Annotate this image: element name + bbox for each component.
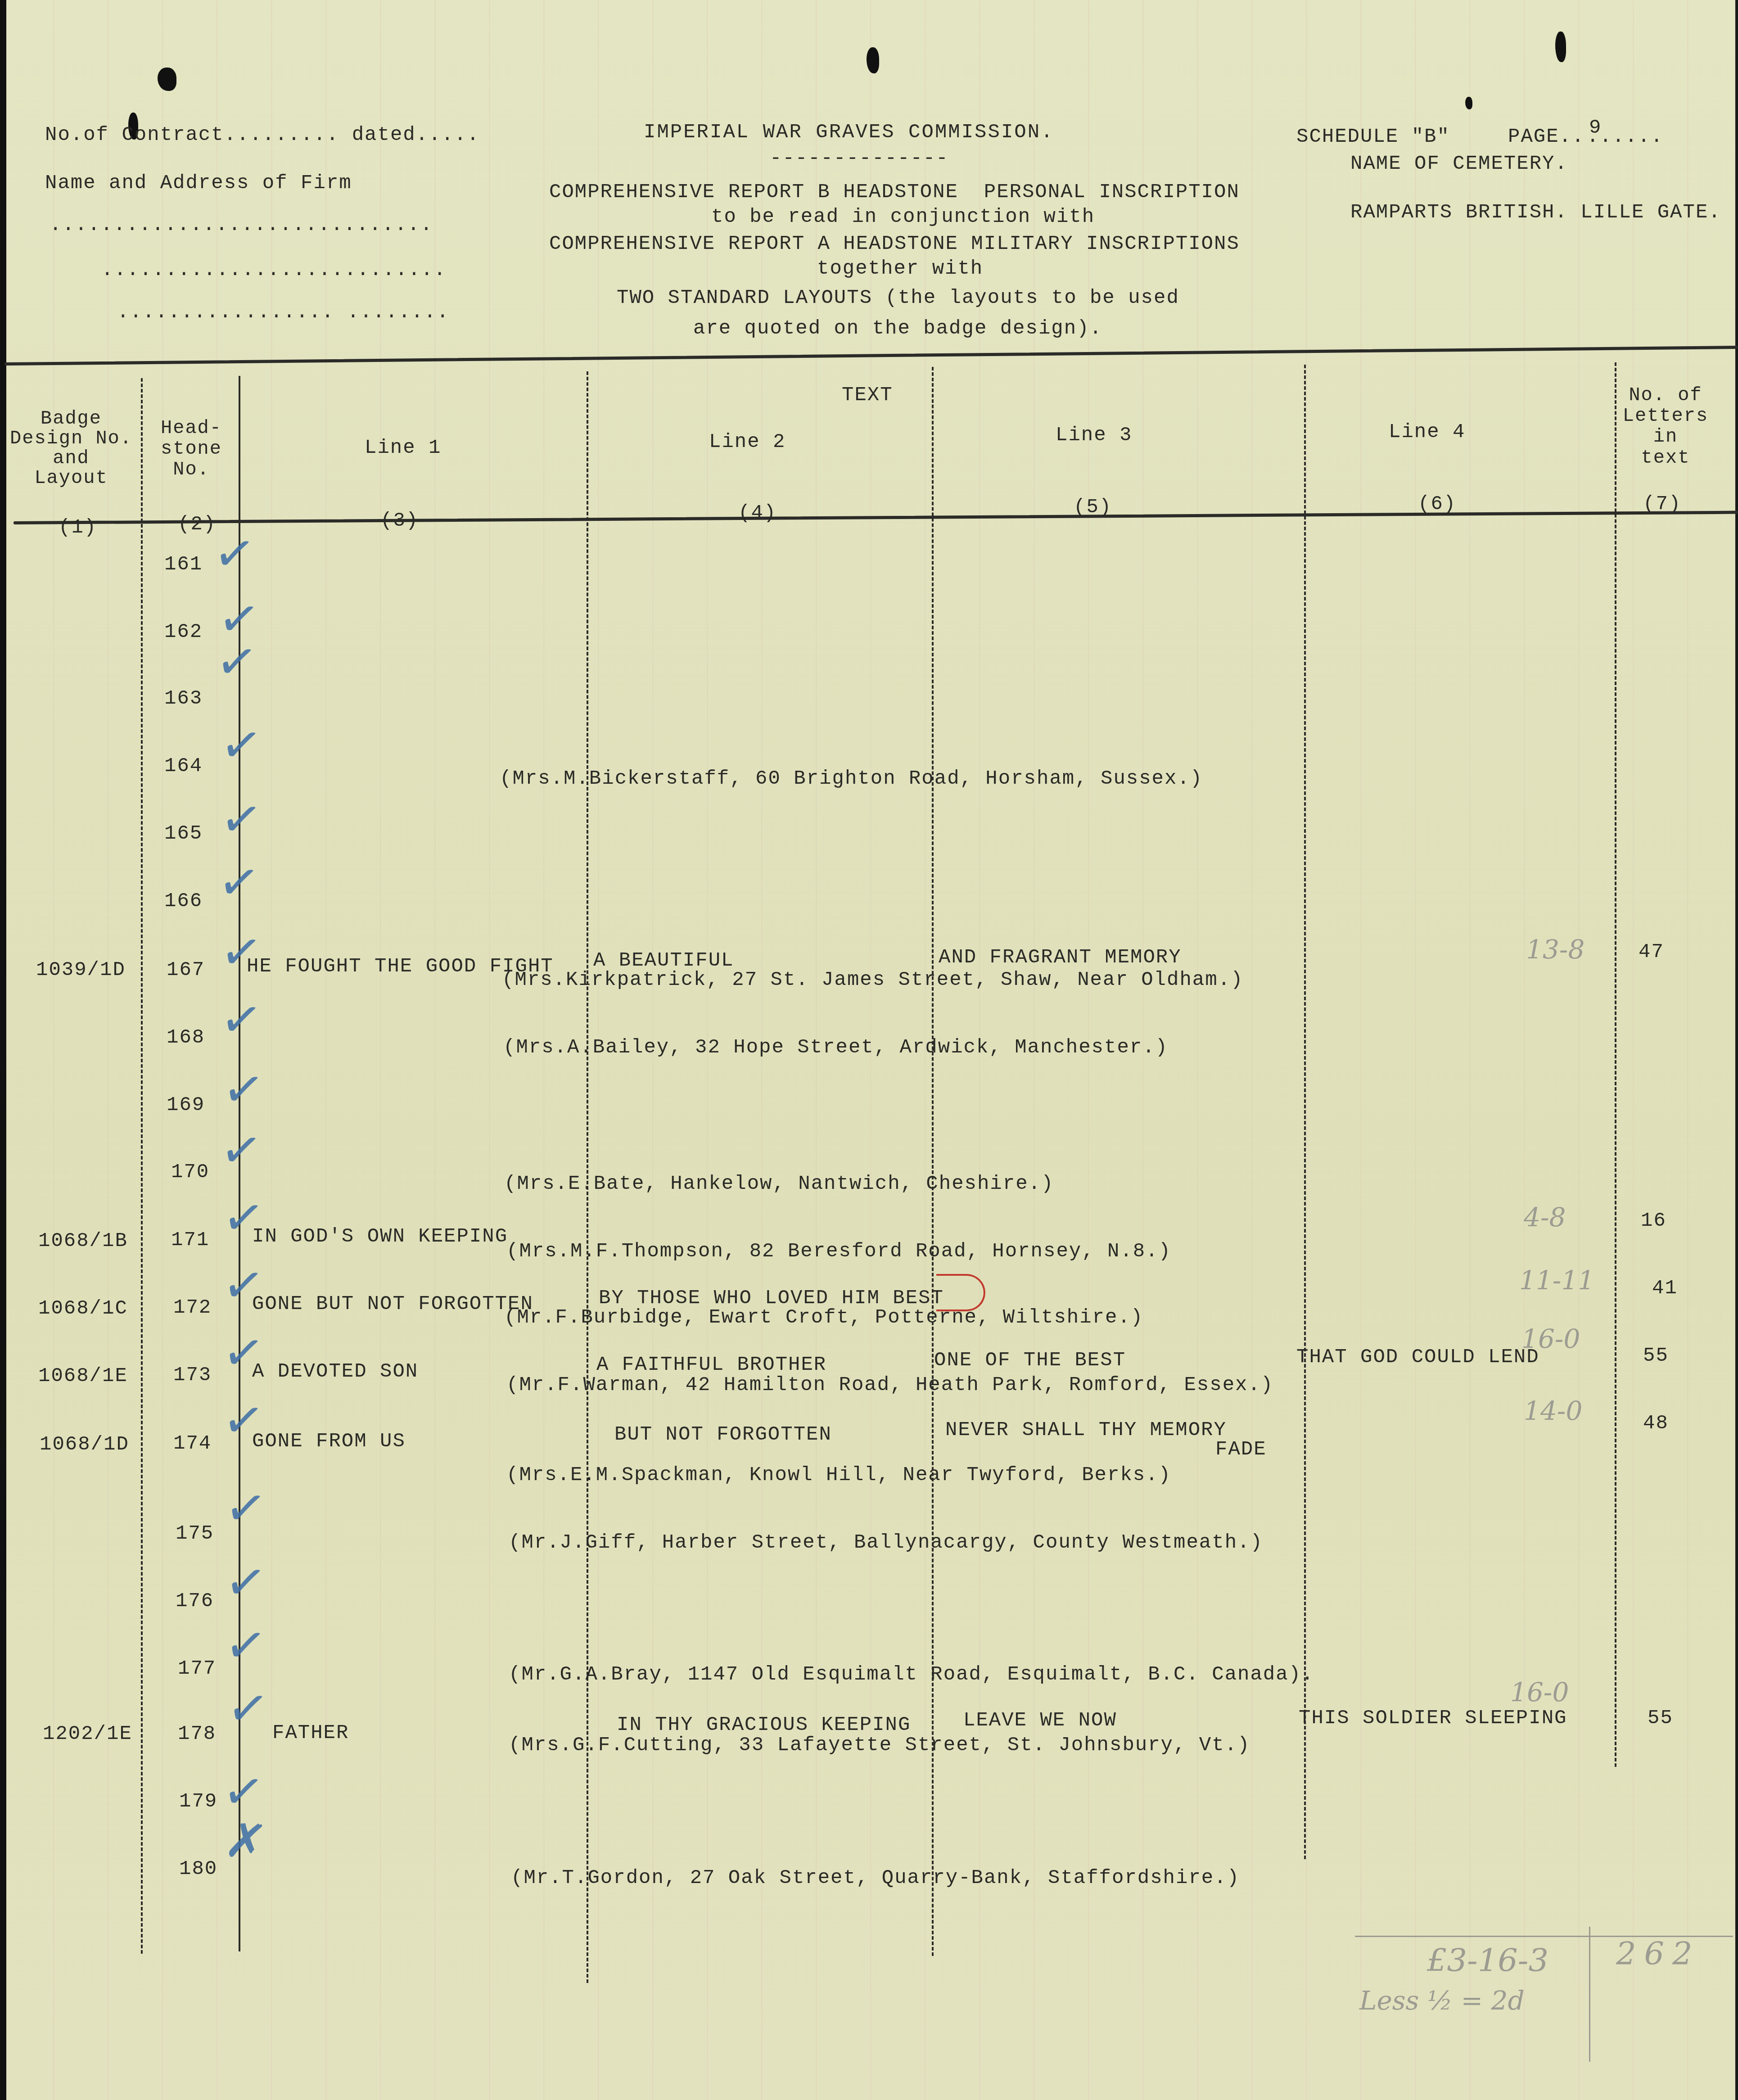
letter-count: 55 bbox=[1643, 1346, 1669, 1366]
next-of-kin-address: (Mr.F.Warman, 42 Hamilton Road, Heath Pa… bbox=[506, 1375, 1273, 1395]
report-b-title: COMPREHENSIVE REPORT B HEADSTONE PERSONA… bbox=[549, 182, 1240, 202]
headstone-number: 164 bbox=[164, 756, 203, 776]
total-letters: 262 bbox=[1616, 1938, 1701, 1969]
check-mark-icon: ✓ bbox=[224, 1681, 272, 1736]
next-of-kin-address: (Mrs.G.F.Cutting, 33 Lafayette Street, S… bbox=[509, 1735, 1250, 1755]
inscription-line-1: A DEVOTED SON bbox=[252, 1362, 418, 1382]
next-of-kin-address: (Mrs.M.Bickerstaff, 60 Brighton Road, Ho… bbox=[500, 769, 1203, 789]
punch-hole-mark bbox=[867, 47, 879, 73]
next-of-kin-address: (Mrs.Kirkpatrick, 27 St. James Street, S… bbox=[502, 970, 1243, 990]
pencil-cost-note: 4-8 bbox=[1524, 1204, 1566, 1230]
inscription-line-3: ONE OF THE BEST bbox=[934, 1350, 1126, 1370]
badge-design-number: 1202/1E bbox=[43, 1724, 132, 1744]
column-header-line4: Line 4 bbox=[1389, 422, 1465, 442]
inscription-line-2: BUT NOT FORGOTTEN bbox=[614, 1425, 832, 1445]
inscription-line-4: THIS SOLDIER SLEEPING bbox=[1299, 1708, 1567, 1728]
text-group-header: TEXT bbox=[842, 385, 893, 405]
total-divider bbox=[1589, 1927, 1590, 2062]
headstone-number: 165 bbox=[164, 824, 203, 844]
headstone-number: 168 bbox=[167, 1028, 205, 1048]
column-header-line1: Line 1 bbox=[365, 438, 441, 458]
badge-design-number: 1068/1C bbox=[38, 1299, 128, 1319]
column-header-badge: Badge Design No. and Layout bbox=[4, 409, 139, 488]
headstone-number: 162 bbox=[164, 622, 203, 642]
headstone-number: 179 bbox=[179, 1792, 217, 1811]
check-mark-icon: ✓ bbox=[222, 1481, 270, 1535]
column-header-letters: No. of Letters in text bbox=[1616, 385, 1715, 468]
headstone-number: 166 bbox=[164, 891, 203, 911]
inscription-line-1: GONE FROM US bbox=[252, 1432, 406, 1451]
inscription-line-2: A BEAUTIFUL bbox=[593, 951, 734, 971]
cemetery-label: NAME OF CEMETERY. bbox=[1350, 154, 1568, 174]
check-mark-icon: ✓ bbox=[220, 1062, 268, 1117]
next-of-kin-address: (Mr.T.Gordon, 27 Oak Street, Quarry-Bank… bbox=[511, 1868, 1240, 1888]
schedule-label: SCHEDULE "B" bbox=[1296, 127, 1450, 147]
red-pencil-mark bbox=[936, 1274, 985, 1311]
letter-count: 55 bbox=[1648, 1708, 1673, 1728]
inscription-line-2: A FAITHFUL BROTHER bbox=[596, 1355, 826, 1375]
scan-right-edge bbox=[1735, 0, 1738, 2100]
check-mark-icon: ✓ bbox=[220, 1764, 268, 1819]
column-number-2: (2) bbox=[178, 515, 216, 534]
inscription-line-3: AND FRAGRANT MEMORY bbox=[939, 948, 1182, 967]
punch-hole-mark bbox=[1555, 32, 1566, 62]
next-of-kin-address: (Mrs.E.M.Spackman, Knowl Hill, Near Twyf… bbox=[506, 1465, 1171, 1485]
headstone-number: 169 bbox=[167, 1095, 205, 1115]
firm-dots-2: ........................... bbox=[101, 260, 447, 280]
punch-hole-mark bbox=[158, 68, 176, 91]
headstone-number: 167 bbox=[167, 960, 205, 980]
letter-count: 47 bbox=[1639, 942, 1664, 962]
badge-design-number: 1039/1D bbox=[36, 960, 126, 980]
headstone-number: 161 bbox=[164, 555, 203, 574]
check-mark-icon: ✓ bbox=[222, 1618, 270, 1673]
badge-design-number: 1068/1B bbox=[38, 1231, 128, 1251]
badge-design-number: 1068/1E bbox=[38, 1366, 128, 1386]
check-mark-icon: ✓ bbox=[215, 855, 263, 910]
headstone-number: 177 bbox=[178, 1659, 216, 1679]
headstone-number: 176 bbox=[176, 1591, 214, 1611]
check-mark-icon: ✓ bbox=[222, 1555, 270, 1610]
pencil-cost-note: 13-8 bbox=[1526, 936, 1585, 962]
next-of-kin-address: (Mrs.A.Bailey, 32 Hope Street, Ardwick, … bbox=[503, 1038, 1168, 1057]
letter-count: 16 bbox=[1641, 1211, 1666, 1231]
pencil-cost-note: 14-0 bbox=[1524, 1398, 1582, 1424]
headstone-number: 171 bbox=[171, 1230, 209, 1250]
organisation-title: IMPERIAL WAR GRAVES COMMISSION. bbox=[644, 122, 1054, 142]
together-text: together with bbox=[817, 259, 983, 279]
column-divider-1 bbox=[141, 378, 143, 1954]
next-of-kin-address: (Mrs.E.Bate, Hankelow, Nantwich, Cheshir… bbox=[504, 1174, 1054, 1194]
headstone-number: 170 bbox=[171, 1162, 209, 1182]
scan-left-edge bbox=[0, 0, 6, 2100]
inscription-line-2: IN THY GRACIOUS KEEPING bbox=[617, 1715, 911, 1735]
check-mark-icon: ✓ bbox=[217, 718, 266, 772]
column-divider-6 bbox=[1615, 362, 1616, 1767]
inscription-line-3: NEVER SHALL THY MEMORY bbox=[945, 1420, 1227, 1440]
firm-dots-3: ................. ........ bbox=[117, 303, 450, 322]
inscription-line-1: FATHER bbox=[272, 1723, 349, 1743]
check-mark-icon: ✓ bbox=[217, 1123, 266, 1178]
headstone-number: 174 bbox=[173, 1434, 212, 1454]
column-divider-5 bbox=[1304, 365, 1306, 1859]
badge-design-number: 1068/1D bbox=[40, 1435, 129, 1454]
firm-dots-1: .............................. bbox=[50, 215, 433, 235]
page-label: PAGE.. bbox=[1508, 127, 1585, 147]
column-header-line2: Line 2 bbox=[709, 432, 785, 452]
punch-hole-mark bbox=[1465, 97, 1472, 109]
next-of-kin-address: (Mr.G.A.Bray, 1147 Old Esquimalt Road, E… bbox=[509, 1665, 1314, 1685]
inscription-line-3: LEAVE WE NOW bbox=[963, 1711, 1117, 1730]
contract-line: No.of Contract......... dated..... bbox=[45, 125, 480, 145]
check-mark-icon: ✓ bbox=[217, 992, 266, 1047]
page-dots: ...... bbox=[1587, 127, 1663, 147]
headstone-number: 163 bbox=[164, 689, 203, 709]
letter-count: 41 bbox=[1652, 1278, 1678, 1298]
total-cost: £3-16-3 bbox=[1427, 1945, 1548, 1976]
column-header-line3: Line 3 bbox=[1056, 425, 1132, 445]
next-of-kin-address: (Mrs.M.F.Thompson, 82 Beresford Road, Ho… bbox=[506, 1242, 1171, 1261]
pencil-cost-note: 16-0 bbox=[1510, 1679, 1569, 1705]
cross-mark-icon: ✗ bbox=[222, 1814, 270, 1869]
inscription-line-1: IN GOD'S OWN KEEPING bbox=[252, 1227, 508, 1246]
pencil-cost-note: 11-11 bbox=[1519, 1267, 1594, 1293]
pencil-cost-note: 16-0 bbox=[1521, 1326, 1580, 1352]
check-mark-icon: ✓ bbox=[217, 792, 266, 847]
check-mark-icon: ✓ bbox=[211, 526, 259, 581]
inscription-line-3-continued: FADE bbox=[1215, 1440, 1267, 1459]
title-rule: -------------- bbox=[770, 149, 949, 168]
report-a-title: COMPREHENSIVE REPORT A HEADSTONE MILITAR… bbox=[549, 234, 1240, 254]
headstone-number: 172 bbox=[173, 1298, 212, 1318]
layouts-line-2: are quoted on the badge design). bbox=[693, 319, 1102, 339]
column-number-5: (5) bbox=[1074, 497, 1112, 517]
cemetery-name: RAMPARTS BRITISH. LILLE GATE. bbox=[1350, 203, 1721, 222]
column-number-7: (7) bbox=[1643, 494, 1681, 514]
inscription-line-4: THAT GOD COULD LEND bbox=[1296, 1347, 1539, 1367]
firm-label: Name and Address of Firm bbox=[45, 173, 352, 193]
column-number-3: (3) bbox=[380, 511, 419, 531]
headstone-number: 173 bbox=[173, 1365, 212, 1385]
headstone-number: 175 bbox=[176, 1524, 214, 1544]
layouts-line-1: TWO STANDARD LAYOUTS (the layouts to be … bbox=[617, 288, 1179, 308]
headstone-number: 178 bbox=[178, 1724, 216, 1744]
conjunction-text: to be read in conjunction with bbox=[711, 207, 1095, 227]
column-number-1: (1) bbox=[59, 518, 97, 537]
column-header-headstone: Head- stone No. bbox=[146, 418, 236, 480]
column-number-4: (4) bbox=[738, 503, 776, 523]
less-deduction: Less ½ = 2d bbox=[1359, 1987, 1525, 2014]
check-mark-icon: ✓ bbox=[213, 634, 261, 689]
inscription-line-1: GONE BUT NOT FORGOTTEN bbox=[252, 1294, 533, 1314]
next-of-kin-address: (Mr.J.Giff, Harber Street, Ballynacargy,… bbox=[509, 1533, 1263, 1553]
headstone-number: 180 bbox=[179, 1859, 217, 1879]
column-number-6: (6) bbox=[1418, 494, 1456, 514]
next-of-kin-address: (Mr.F.Burbidge, Ewart Croft, Potterne, W… bbox=[504, 1308, 1143, 1328]
column-divider-4 bbox=[932, 367, 934, 1956]
inscription-line-2: BY THOSE WHO LOVED HIM BEST bbox=[599, 1288, 944, 1308]
letter-count: 48 bbox=[1643, 1414, 1669, 1433]
